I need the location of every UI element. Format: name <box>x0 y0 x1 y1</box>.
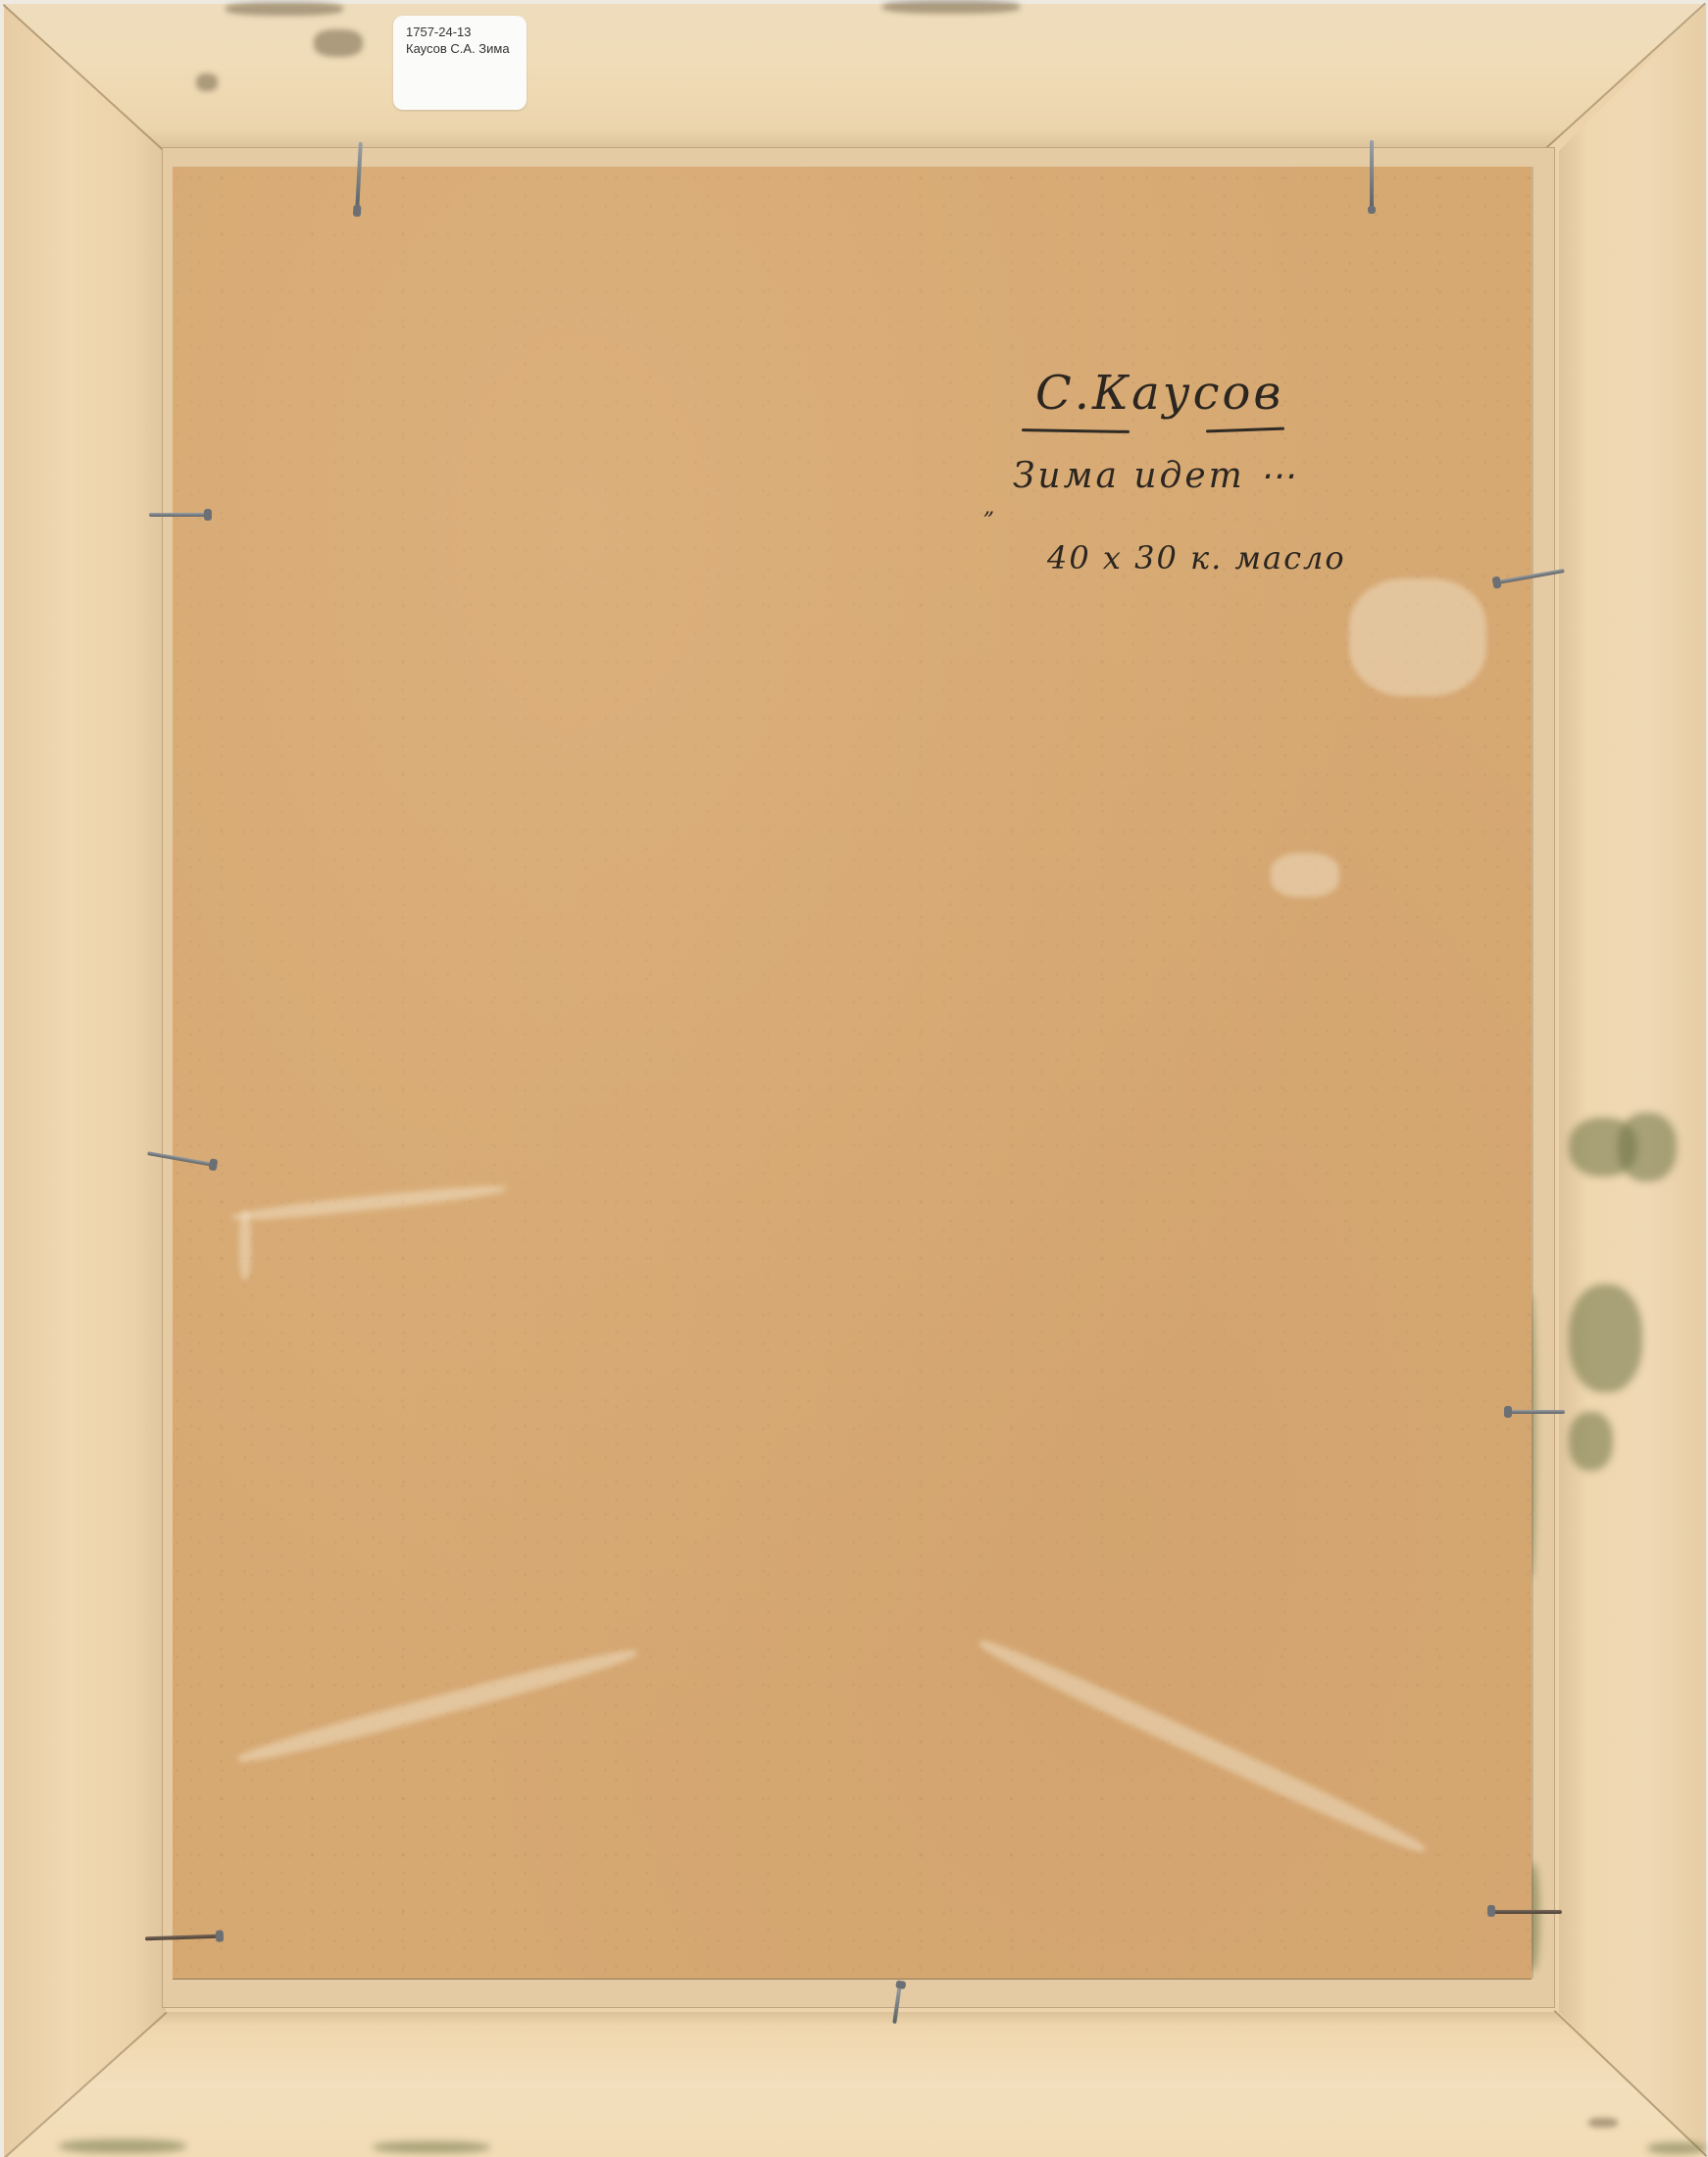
chalk-mark <box>1349 578 1486 696</box>
gallery-label: 1757-24-13 Каусов С.А. Зима <box>393 16 527 110</box>
moss-stain <box>1618 1113 1677 1181</box>
stain <box>1588 2118 1618 2128</box>
nail-icon <box>149 513 208 517</box>
frame-rail-top <box>4 4 1706 151</box>
nail-icon <box>1491 1910 1562 1914</box>
stain <box>226 2 343 16</box>
moss-stain <box>1569 1284 1642 1392</box>
frame-rail-left <box>4 4 166 2157</box>
handwritten-title: Зима идет ⋯ <box>1013 456 1297 496</box>
chalk-mark <box>239 1211 251 1279</box>
hardboard-panel <box>173 167 1532 1979</box>
stain <box>196 74 218 91</box>
handwritten-quote-mark: „ <box>983 495 994 520</box>
chalk-mark <box>236 1643 639 1769</box>
moss-stain <box>373 2141 490 2153</box>
stain <box>314 29 363 57</box>
inventory-number: 1757-24-13 <box>406 24 527 40</box>
handwritten-artist-name: С.Каусов <box>1035 366 1283 421</box>
nail-icon <box>1370 140 1374 212</box>
handwritten-dimensions-medium: 40 x 30 к. масло <box>1047 539 1346 577</box>
chalk-mark <box>231 1181 506 1224</box>
framed-painting-back: 1757-24-13 Каусов С.А. Зима С.Каусов „ З… <box>0 0 1708 2157</box>
moss-stain <box>1647 2142 1706 2154</box>
chalk-mark <box>1271 853 1339 897</box>
moss-stain <box>1569 1412 1613 1471</box>
frame-rail-right <box>1559 4 1706 2157</box>
frame-rail-bottom <box>4 2012 1706 2157</box>
label-artist-title: Каусов С.А. Зима <box>406 40 527 57</box>
moss-stain <box>59 2139 186 2153</box>
nail-icon <box>1508 1410 1565 1414</box>
chalk-mark <box>976 1632 1429 1859</box>
stain <box>882 0 1020 14</box>
